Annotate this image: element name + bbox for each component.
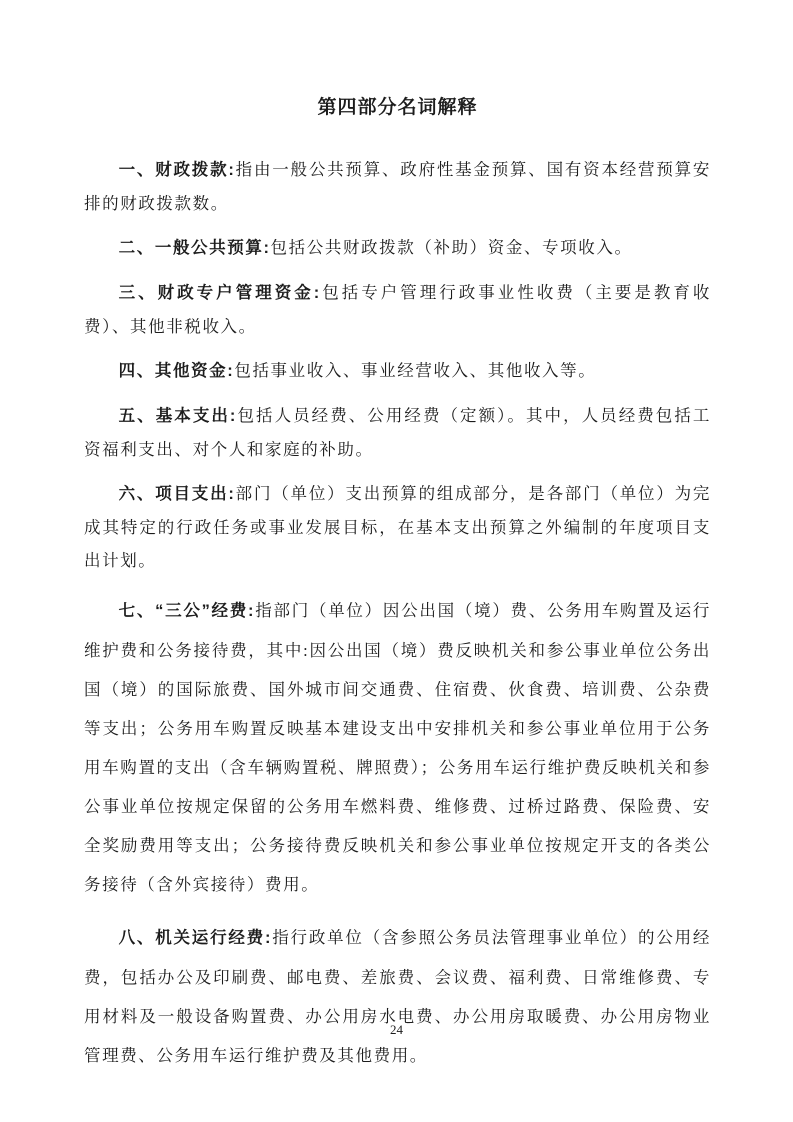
definition-paragraph-6: 六、项目支出:部门（单位）支出预算的组成部分，是各部门（单位）为完成其特定的行政… bbox=[84, 477, 711, 577]
term-label: 一、财政拨款: bbox=[119, 161, 236, 179]
term-definition: 指行政单位（含参照公务员法管理事业单位）的公用经费，包括办公及印刷费、邮电费、差… bbox=[84, 928, 711, 1065]
term-label: 七、“三公”经费: bbox=[119, 602, 255, 620]
document-content: 第四部分名词解释 一、财政拨款:指由一般公共预算、政府性基金预算、国有资本经营预… bbox=[84, 92, 711, 1086]
term-definition: 指部门（单位）因公出国（境）费、公务用车购置及运行维护费和公务接待费，其中:因公… bbox=[84, 601, 711, 894]
definition-paragraph-1: 一、财政拨款:指由一般公共预算、政府性基金预算、国有资本经营预算安排的财政拨款数… bbox=[84, 153, 711, 220]
document-page: 第四部分名词解释 一、财政拨款:指由一般公共预算、政府性基金预算、国有资本经营预… bbox=[0, 0, 793, 1122]
term-label: 五、基本支出: bbox=[119, 407, 237, 425]
term-label: 八、机关运行经费: bbox=[119, 929, 272, 947]
definition-paragraph-7: 七、“三公”经费:指部门（单位）因公出国（境）费、公务用车购置及运行维护费和公务… bbox=[84, 591, 711, 904]
definition-paragraph-4: 四、其他资金:包括事业收入、事业经营收入、其他收入等。 bbox=[84, 354, 711, 388]
page-title: 第四部分名词解释 bbox=[84, 92, 711, 119]
definition-paragraph-5: 五、基本支出:包括人员经费、公用经费（定额）。其中，人员经费包括工资福利支出、对… bbox=[84, 399, 711, 466]
definition-paragraph-3: 三、财政专户管理资金:包括专户管理行政事业性收费（主要是教育收费）、其他非税收入… bbox=[84, 276, 711, 343]
term-label: 六、项目支出: bbox=[119, 485, 236, 503]
definition-paragraph-2: 二、一般公共预算:包括公共财政拨款（补助）资金、专项收入。 bbox=[84, 231, 711, 265]
term-label: 三、财政专户管理资金: bbox=[119, 284, 321, 302]
term-definition: 包括事业收入、事业经营收入、其他收入等。 bbox=[234, 361, 596, 380]
page-number: 24 bbox=[0, 1022, 793, 1038]
definition-paragraph-8: 八、机关运行经费:指行政单位（含参照公务员法管理事业单位）的公用经费，包括办公及… bbox=[84, 918, 711, 1075]
term-label: 二、一般公共预算: bbox=[119, 239, 271, 257]
term-label: 四、其他资金: bbox=[119, 362, 235, 380]
term-definition: 包括公共财政拨款（补助）资金、专项收入。 bbox=[271, 238, 633, 257]
